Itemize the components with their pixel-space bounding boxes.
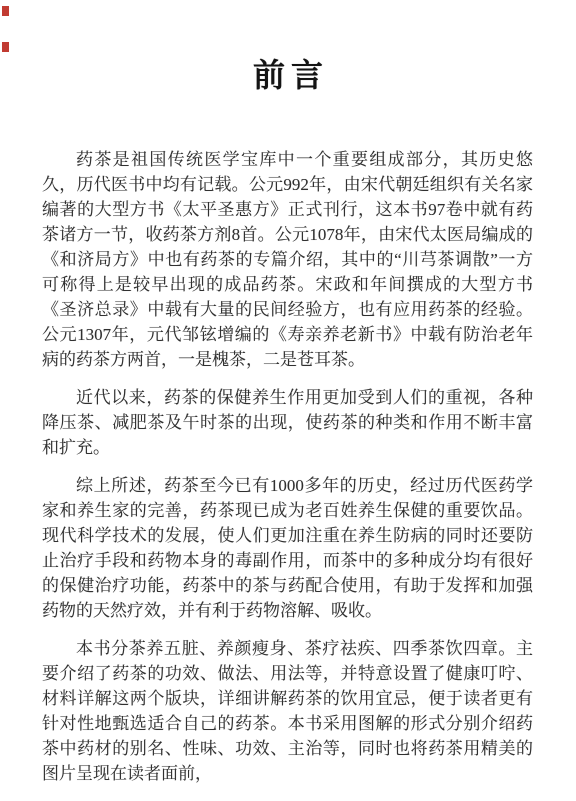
preface-page: 前言 药茶是祖国传统医学宝库中一个重要组成部分，其历史悠久，历代医书中均有记载。… <box>0 0 576 801</box>
body-paragraph-1: 药茶是祖国传统医学宝库中一个重要组成部分，其历史悠久，历代医书中均有记载。公元9… <box>42 147 533 372</box>
scan-artifact-mark-bottom <box>2 42 9 52</box>
body-paragraph-4: 本书分茶养五脏、养颜瘦身、茶疗祛疾、四季茶饮四章。主要介绍了药茶的功效、做法、用… <box>42 636 533 786</box>
page-title: 前言 <box>0 54 576 96</box>
page-body: 药茶是祖国传统医学宝库中一个重要组成部分，其历史悠久，历代医书中均有记载。公元9… <box>42 147 533 799</box>
scan-artifact-mark-top <box>2 6 9 16</box>
body-paragraph-3: 综上所述，药茶至今已有1000多年的历史，经过历代医药学家和养生家的完善，药茶现… <box>42 473 533 623</box>
body-paragraph-2: 近代以来，药茶的保健养生作用更加受到人们的重视，各种降压茶、减肥茶及午时茶的出现… <box>42 385 533 460</box>
